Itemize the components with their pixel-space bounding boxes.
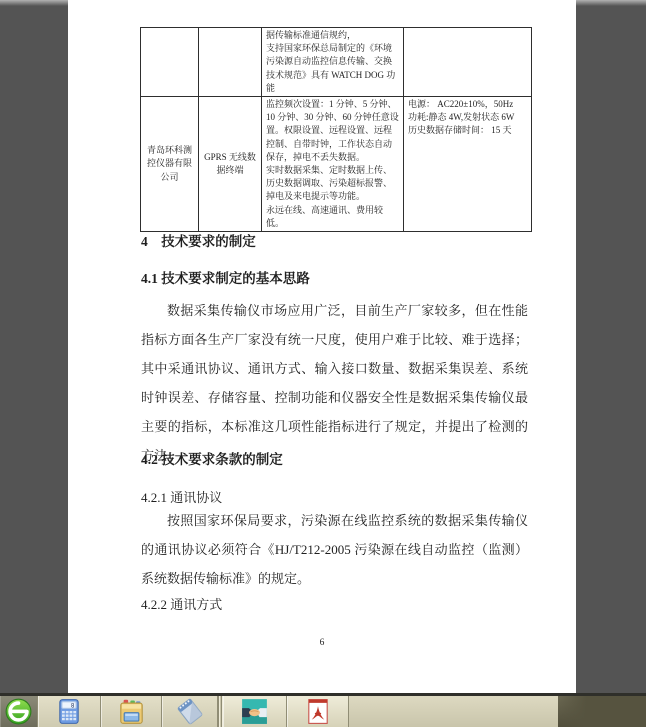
pdf-reader-icon [305, 698, 331, 725]
section-heading-4-2: 4.2 技术要求条款的制定 [141, 448, 283, 468]
document-page: 据传输标准通信规约， 支持国家环保总局制定的《环境污染源自动监控信息传输、交换技… [68, 0, 576, 693]
taskbar-button-files[interactable] [101, 696, 162, 727]
section-heading-4-1: 4.1 技术要求制定的基本思路 [141, 267, 310, 287]
features-cell: 监控频次设置：1 分钟、5 分钟、10 分钟、30 分钟、60 分钟任意设置。权… [262, 97, 404, 232]
taskbar-button-pdf-reader[interactable] [287, 696, 349, 727]
product-cell: GPRS 无线数据终端 [199, 97, 262, 232]
vendor-cell [141, 28, 199, 97]
section-heading-4: 4 技术要求的制定 [141, 230, 256, 250]
taskbar-empty-area [349, 696, 558, 727]
paragraph-protocol: 按照国家环保局要求，污染源在线监控系统的数据采集传输仪的通讯协议必须符合《HJ/… [141, 506, 528, 593]
vendor-cell: 青岛环科测控仪器有限公司 [141, 97, 199, 232]
taskbar-button-calculator[interactable]: 8 [38, 696, 101, 727]
features-cell: 据传输标准通信规约， 支持国家环保总局制定的《环境污染源自动监控信息传输、交换技… [262, 28, 404, 97]
taskbar: 8 [0, 693, 646, 727]
handshake-icon [241, 698, 268, 725]
calculator-icon: 8 [56, 698, 82, 725]
section-heading-4-2-1: 4.2.1 通讯协议 [141, 487, 222, 506]
green-browser-icon [5, 698, 32, 725]
taskbar-button-browser[interactable] [0, 696, 38, 727]
product-cell [199, 28, 262, 97]
file-organizer-icon [118, 698, 145, 725]
paragraph-overview: 数据采集传输仪市场应用广泛，目前生产厂家较多，但在性能指标方面各生产厂家没有统一… [141, 296, 528, 470]
notepad-icon [176, 698, 204, 725]
taskbar-button-contacts[interactable] [223, 696, 287, 727]
page-number: 6 [68, 638, 576, 648]
specs-cell: 电源： AC220±10%，50Hz 功耗:静态 4W,发射状态 6W 历史数据… [404, 97, 532, 232]
table-row: 据传输标准通信规约， 支持国家环保总局制定的《环境污染源自动监控信息传输、交换技… [141, 28, 532, 97]
specs-cell [404, 28, 532, 97]
taskbar-button-notepad[interactable] [162, 696, 218, 727]
svg-text:8: 8 [71, 702, 75, 709]
table-row: 青岛环科测控仪器有限公司 GPRS 无线数据终端 监控频次设置：1 分钟、5 分… [141, 97, 532, 232]
taskbar-end-cap [558, 696, 646, 727]
section-heading-4-2-2: 4.2.2 通讯方式 [141, 594, 222, 613]
vendor-comparison-table: 据传输标准通信规约， 支持国家环保总局制定的《环境污染源自动监控信息传输、交换技… [140, 27, 532, 232]
